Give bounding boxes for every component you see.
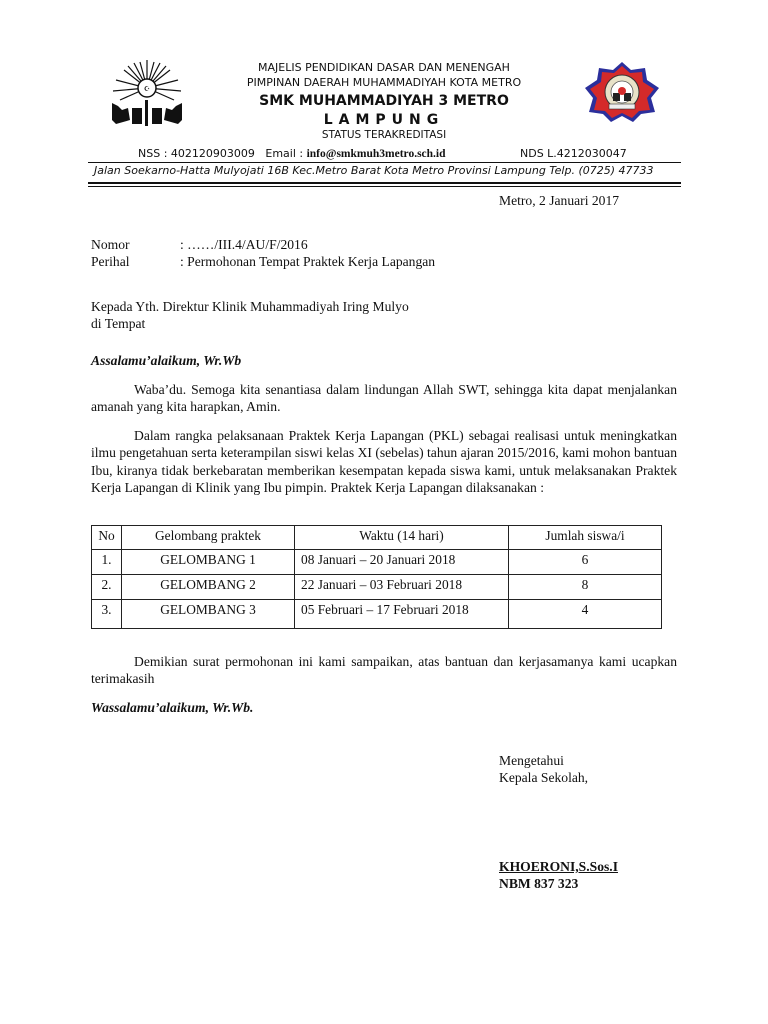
table-row: 3. GELOMBANG 3 05 Februari – 17 Februari… (92, 600, 662, 629)
cell-jumlah: 6 (509, 550, 662, 575)
cell-jumlah: 4 (509, 600, 662, 629)
table-row: 1. GELOMBANG 1 08 Januari – 20 Januari 2… (92, 550, 662, 575)
signatory-nbm: NBM 837 323 (499, 875, 578, 893)
header-double-rule-bottom (88, 186, 681, 187)
paragraph-opening: Waba’du. Semoga kita senantiasa dalam li… (91, 381, 677, 416)
leadership-line: PIMPINAN DAERAH MUHAMMADIYAH KOTA METRO (0, 76, 768, 89)
cell-jumlah: 8 (509, 575, 662, 600)
col-waktu: Waktu (14 hari) (295, 526, 509, 550)
school-address: Jalan Soekarno-Hatta Mulyojati 16B Kec.M… (94, 164, 654, 177)
signature-acknowledge: Mengetahui (499, 752, 564, 770)
perihal-label: Perihal (91, 253, 130, 271)
paragraph-request: Dalam rangka pelaksanaan Praktek Kerja L… (91, 427, 677, 497)
nomor-value: : ……/III.4/AU/F/2016 (180, 236, 308, 254)
signatory-name: KHOERONI,S.Sos.I (499, 858, 618, 876)
schedule-table: No Gelombang praktek Waktu (14 hari) Jum… (91, 525, 662, 629)
cell-no: 3. (92, 600, 122, 629)
cell-no: 2. (92, 575, 122, 600)
nomor-label: Nomor (91, 236, 130, 254)
school-name: SMK MUHAMMADIYAH 3 METRO (0, 93, 768, 109)
col-gelombang: Gelombang praktek (122, 526, 295, 550)
closing-greeting: Wassalamu’alaikum, Wr.Wb. (91, 699, 253, 717)
email-label: Email : (265, 147, 306, 160)
opening-greeting: Assalamu’alaikum, Wr.Wb (91, 352, 241, 370)
header-double-rule-top (88, 182, 681, 184)
email-link[interactable]: info@smkmuh3metro.sch.id (307, 148, 446, 160)
col-jumlah: Jumlah siswa/i (509, 526, 662, 550)
cell-gelombang: GELOMBANG 3 (122, 600, 295, 629)
paragraph-opening-text: Waba’du. Semoga kita senantiasa dalam li… (91, 382, 677, 414)
cell-no: 1. (92, 550, 122, 575)
paragraph-closing: Demikian surat permohonan ini kami sampa… (91, 653, 677, 688)
table-header-row: No Gelombang praktek Waktu (14 hari) Jum… (92, 526, 662, 550)
organization-line: MAJELIS PENDIDIKAN DASAR DAN MENENGAH (0, 61, 768, 74)
col-no: No (92, 526, 122, 550)
cell-waktu: 05 Februari – 17 Februari 2018 (295, 600, 509, 629)
nss-number: NSS : 402120903009 (138, 147, 255, 160)
cell-gelombang: GELOMBANG 2 (122, 575, 295, 600)
perihal-value: : Permohonan Tempat Praktek Kerja Lapang… (180, 253, 435, 271)
paragraph-request-text: Dalam rangka pelaksanaan Praktek Kerja L… (91, 428, 677, 495)
cell-waktu: 08 Januari – 20 Januari 2018 (295, 550, 509, 575)
region-name: LAMPUNG (0, 112, 768, 128)
place-date: Metro, 2 Januari 2017 (499, 192, 619, 210)
nds-number: NDS L.4212030047 (520, 147, 627, 160)
header-divider (88, 162, 681, 163)
signature-title: Kepala Sekolah, (499, 769, 588, 787)
recipient-location: di Tempat (91, 315, 145, 333)
cell-gelombang: GELOMBANG 1 (122, 550, 295, 575)
recipient-line: Kepada Yth. Direktur Klinik Muhammadiyah… (91, 298, 409, 316)
contact-line: NSS : 402120903009 Email : info@smkmuh3m… (138, 147, 446, 160)
table-row: 2. GELOMBANG 2 22 Januari – 03 Februari … (92, 575, 662, 600)
paragraph-closing-text: Demikian surat permohonan ini kami sampa… (91, 654, 677, 686)
accreditation-status: STATUS TERAKREDITASI (0, 129, 768, 141)
cell-waktu: 22 Januari – 03 Februari 2018 (295, 575, 509, 600)
